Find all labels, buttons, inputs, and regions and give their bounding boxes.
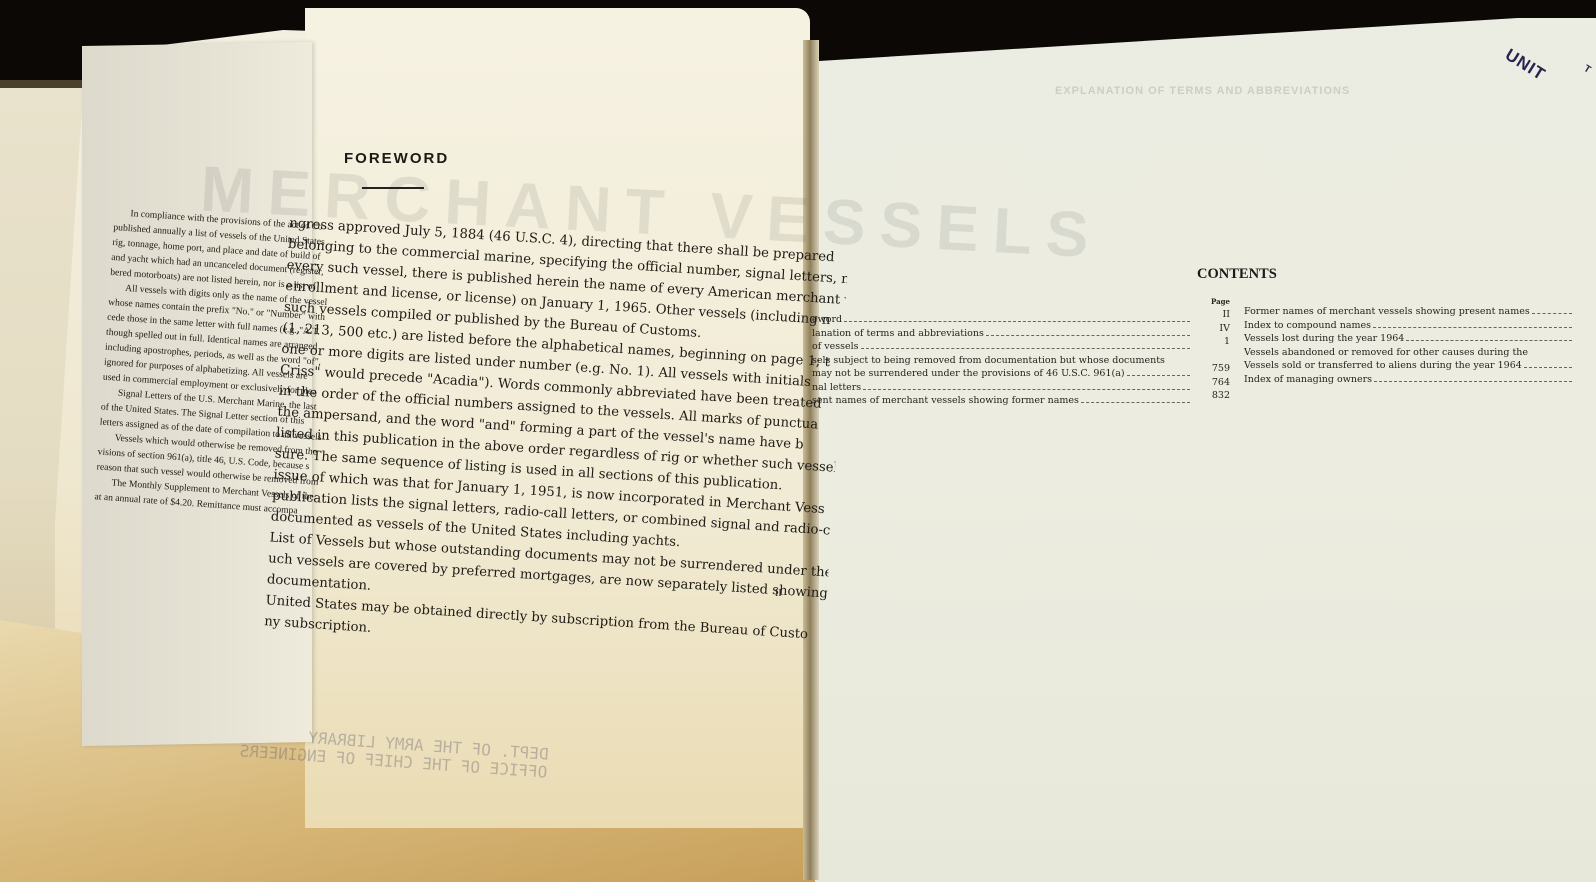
page-ref: IV bbox=[1198, 323, 1230, 337]
contents-list-left: ewordlanation of terms and abbreviations… bbox=[812, 314, 1192, 409]
page-ref: 764 bbox=[1198, 377, 1230, 391]
page-ref: 832 bbox=[1198, 390, 1230, 404]
open-book-photo: MERCHANT VESSELS EXPLANATION OF TERMS AN… bbox=[0, 0, 1596, 882]
entry-label: Vessels abandoned or removed for other c… bbox=[1244, 347, 1528, 358]
entry-label: lanation of terms and abbreviations bbox=[812, 328, 984, 339]
contents-entry: of vessels bbox=[812, 341, 1192, 355]
contents-entry: Index to compound names bbox=[1244, 320, 1574, 334]
leader-dots bbox=[1374, 381, 1572, 382]
leader-dots bbox=[863, 389, 1190, 390]
contents-entry: eword bbox=[812, 314, 1192, 328]
right-page bbox=[815, 18, 1596, 882]
leader-dots bbox=[1524, 367, 1572, 368]
leader-dots bbox=[1373, 327, 1572, 328]
contents-entry: sels subject to being removed from docum… bbox=[812, 355, 1192, 369]
contents-list-right: Former names of merchant vessels showing… bbox=[1244, 306, 1574, 387]
page-ref: 759 bbox=[1198, 363, 1230, 377]
entry-label: Index of managing owners bbox=[1244, 374, 1372, 385]
entry-label: of vessels bbox=[812, 341, 859, 352]
contents-page-numbers: PageIIIV1759764832 bbox=[1198, 297, 1230, 404]
entry-label: nal letters bbox=[812, 382, 861, 393]
leader-dots bbox=[1127, 375, 1190, 376]
leader-dots bbox=[861, 348, 1190, 349]
entry-label: sent names of merchant vessels showing f… bbox=[812, 395, 1079, 406]
entry-label: Vessels sold or transferred to aliens du… bbox=[1244, 360, 1522, 371]
entry-label: sels subject to being removed from docum… bbox=[812, 355, 1165, 366]
contents-entry: Former names of merchant vessels showing… bbox=[1244, 306, 1574, 320]
show-through-heading: EXPLANATION OF TERMS AND ABBREVIATIONS bbox=[1055, 85, 1350, 97]
entry-label: eword bbox=[812, 314, 842, 325]
contents-entry: may not be surrendered under the provisi… bbox=[812, 368, 1192, 382]
contents-entry: Vessels sold or transferred to aliens du… bbox=[1244, 360, 1574, 374]
page-ref bbox=[1198, 350, 1230, 364]
page-ref: II bbox=[1198, 309, 1230, 323]
leader-dots bbox=[1081, 402, 1190, 403]
contents-entry: Vessels lost during the year 1964 bbox=[1244, 333, 1574, 347]
leader-dots bbox=[844, 321, 1190, 322]
contents-entry: nal letters bbox=[812, 382, 1192, 396]
entry-label: may not be surrendered under the provisi… bbox=[812, 368, 1125, 379]
foreword-title: FOREWORD bbox=[344, 150, 449, 167]
page-column-header: Page bbox=[1198, 297, 1230, 309]
entry-label: Vessels lost during the year 1964 bbox=[1244, 333, 1404, 344]
contents-entry: Vessels abandoned or removed for other c… bbox=[1244, 347, 1574, 361]
contents-entry: lanation of terms and abbreviations bbox=[812, 328, 1192, 342]
foreword-text-block: ngress approved July 5, 1884 (46 U.S.C. … bbox=[264, 213, 849, 667]
contents-title: CONTENTS bbox=[1197, 266, 1277, 283]
title-rule bbox=[362, 187, 424, 189]
leader-dots bbox=[1532, 313, 1572, 314]
leader-dots bbox=[986, 335, 1190, 336]
contents-entry: sent names of merchant vessels showing f… bbox=[812, 395, 1192, 409]
page-number: II bbox=[775, 588, 782, 599]
entry-label: Former names of merchant vessels showing… bbox=[1244, 306, 1530, 317]
entry-label: Index to compound names bbox=[1244, 320, 1371, 331]
leader-dots bbox=[1406, 340, 1572, 341]
contents-entry: Index of managing owners bbox=[1244, 374, 1574, 388]
page-ref: 1 bbox=[1198, 336, 1230, 350]
